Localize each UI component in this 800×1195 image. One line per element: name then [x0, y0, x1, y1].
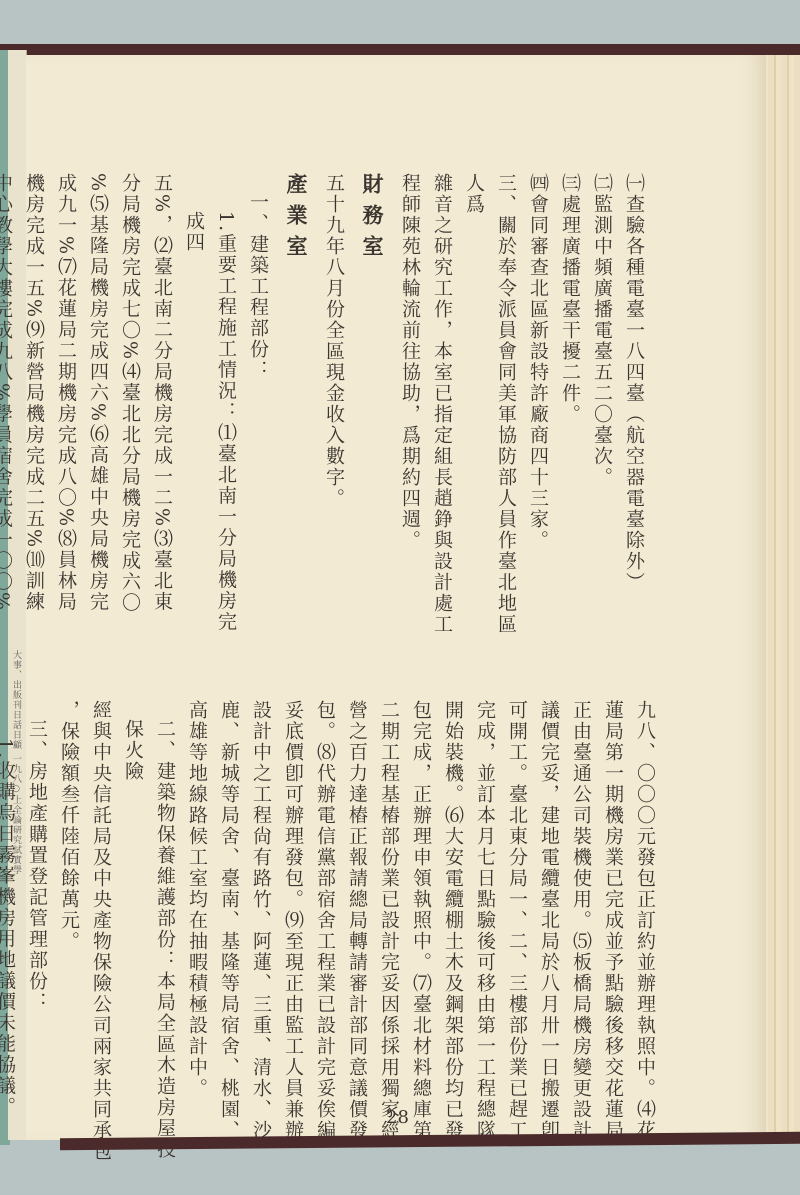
section-heading: 產業室	[280, 173, 312, 653]
text-column: 三、房地產購置登記管理部份：	[21, 700, 53, 1170]
text-column: 經與中央信託局及中央產物保險公司兩家共同承包	[85, 700, 117, 1170]
text-column: ㈣會同審查北區新設特許廠商四十三家。	[522, 173, 554, 653]
text-column: 設計中之工程尙有路竹、阿蓮、三重、清水、沙	[245, 700, 277, 1170]
text-column: 機房完成一五%⑼新營局機房完成二五%⑽訓練	[18, 173, 50, 653]
text-column: 鹿、新城等局舍、臺南、基隆等局宿舍、桃園、	[213, 700, 245, 1170]
text-column: 正由臺通公司裝機使用。⑸板橋局機房變更設計	[565, 700, 597, 1170]
text-column: ㈠查驗各種電臺一八四臺（航空器電臺除外）	[618, 173, 650, 653]
text-column: 高雄等地線路候工室均在抽暇積極設計中。	[181, 700, 213, 1170]
text-column: 雜音之研究工作，本室已指定組長趙錚與設計處工	[426, 173, 458, 653]
text-column: %⑸基隆局機房完成四六%⑹高雄中央局機房完	[82, 173, 114, 653]
page-number: 28	[386, 1107, 409, 1128]
text-column: 二期工程基樁部份業已設計完妥因係採用獨家經	[373, 700, 405, 1170]
text-column: 蓮局第一期機房業已完成並予點驗後移交花蓮局	[597, 700, 629, 1170]
bottom-text-block: 九八、〇〇〇元發包正訂約並辦理執照中。⑷花蓮局第一期機房業已完成並予點驗後移交花…	[0, 700, 661, 1170]
text-column: 營之百力達樁正報請總局轉請審計部同意議價發	[341, 700, 373, 1170]
text-column: 二、建築物保養維護部份：本局全區木造房屋投保火險	[117, 700, 181, 1170]
text-column: 一、建築工程部份：	[242, 173, 274, 653]
text-column: 程師陳苑林輪流前往協助，爲期約四週。	[394, 173, 426, 653]
text-column: 包完成，正辦理申領執照中。⑺臺北材料總庫第	[405, 700, 437, 1170]
text-column: 開始裝機。⑹大安電纜棚土木及鋼架部份均已發	[437, 700, 469, 1170]
text-column: 成九一%⑺花蓮局二期機房完成八〇%⑻員林局	[50, 173, 82, 653]
document-page: ㈠查驗各種電臺一八四臺（航空器電臺除外）㈡監測中頻廣播電臺五二〇臺次。㈢處理廣播…	[26, 55, 766, 1140]
text-column: 三、關於奉令派員會同美軍協防部人員作臺北地區人爲	[458, 173, 522, 653]
text-column: 妥底價卽可辦理發包。⑼至現正由監工人員兼辦	[277, 700, 309, 1170]
text-column: 中心教學大樓完成九八%學員宿舍完成一〇〇%	[0, 173, 18, 653]
text-column: 分局機房完成七〇%⑷臺北北分局機房完成六〇	[114, 173, 146, 653]
text-column: 完成，並訂本月七日點驗後可移由第一工程總隊	[469, 700, 501, 1170]
text-column: ㈡監測中頻廣播電臺五二〇臺次。	[586, 173, 618, 653]
text-column: 五十九年八月份全區現金收入數字。	[318, 173, 350, 653]
text-column: 可開工。臺北東分局一、二、三樓部份業已趕工	[501, 700, 533, 1170]
text-column: ㈢處理廣播電臺干擾二件。	[554, 173, 586, 653]
text-column: 包。⑻代辦電信黨部宿舍工程業已設計完妥俟編	[309, 700, 341, 1170]
text-column: ，保險額叁仟陸佰餘萬元。	[53, 700, 85, 1170]
text-column: 議價完妥，建地電纜臺北局於八月卅一日搬遷卽	[533, 700, 565, 1170]
top-text-block: ㈠查驗各種電臺一八四臺（航空器電臺除外）㈡監測中頻廣播電臺五二〇臺次。㈢處理廣播…	[0, 173, 650, 653]
text-column: 1.重要工程施工情況：⑴臺北南一分局機房完成四	[178, 173, 242, 653]
text-column: 九八、〇〇〇元發包正訂約並辦理執照中。⑷花	[629, 700, 661, 1170]
section-heading: 財務室	[356, 173, 388, 653]
text-column: 五%，⑵臺北南二分局機房完成一二%⑶臺北東	[146, 173, 178, 653]
text-column: 1.收購烏日霧峯機房用地議價未能協議。	[0, 700, 21, 1170]
